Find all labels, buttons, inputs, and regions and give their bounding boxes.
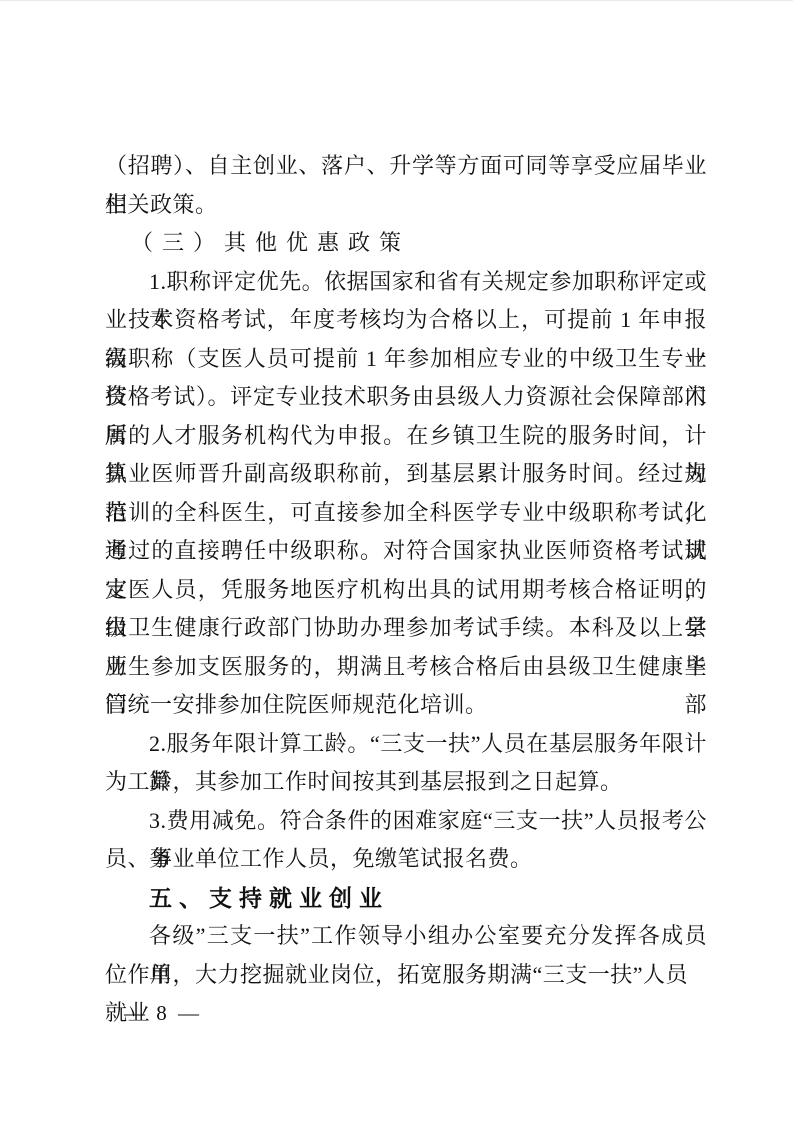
text-line: 各级”三支一扶”工作领导小组办公室要充分发挥各成员单 bbox=[105, 917, 707, 956]
text-line: 1.职称评定优先。依据国家和省有关规定参加职称评定或专 bbox=[105, 263, 707, 302]
document-body: （招聘）、自主创业、落户、升学等方面可同等享受应届毕业生 相关政策。 （三）其他… bbox=[105, 147, 707, 994]
text-line: 级卫生健康行政部门协助办理参加考试手续。本科及以上学历毕 bbox=[105, 609, 707, 648]
text-line: 支医人员，凭服务地医疗机构出具的试用期考核合格证明，由县 bbox=[105, 571, 707, 610]
text-line: 业生参加支医服务的，期满且考核合格后由县级卫生健康主管部 bbox=[105, 648, 707, 687]
text-line: 员、事业单位工作人员，免缴笔试报名费。 bbox=[105, 840, 707, 879]
subsection-heading: （三）其他优惠政策 bbox=[105, 224, 707, 263]
text-line: 相关政策。 bbox=[105, 186, 707, 225]
text-line: 属的人才服务机构代为申报。在乡镇卫生院的服务时间，计算为 bbox=[105, 417, 707, 456]
text-line: 级职称（支医人员可提前 1 年参加相应专业的中级卫生专业技术 bbox=[105, 340, 707, 379]
page-top-edge bbox=[0, 0, 793, 1]
text-line: 3.费用减免。符合条件的困难家庭“三支一扶”人员报考公务 bbox=[105, 802, 707, 841]
text-line: 执业医师晋升副高级职称前，到基层累计服务时间。经过规范化 bbox=[105, 455, 707, 494]
text-line: （招聘）、自主创业、落户、升学等方面可同等享受应届毕业生 bbox=[105, 147, 707, 186]
text-line: 2.服务年限计算工龄。“三支一扶”人员在基层服务年限计算 bbox=[105, 725, 707, 764]
text-line: 业技术资格考试，年度考核均为合格以上，可提前 1 年申报高一 bbox=[105, 301, 707, 340]
text-line: 位作用，大力挖掘就业岗位，拓宽服务期满“三支一扶”人员就业 bbox=[105, 956, 707, 995]
page-number: — 8 — bbox=[124, 998, 202, 1028]
text-line: 资格考试）。评定专业技术职务由县级人力资源社会保障部门所 bbox=[105, 378, 707, 417]
text-line: 为工龄，其参加工作时间按其到基层报到之日起算。 bbox=[105, 763, 707, 802]
section-heading: 五、支持就业创业 bbox=[105, 879, 707, 918]
text-line: 培训的全科医生，可直接参加全科医学专业中级职称考试，考试 bbox=[105, 494, 707, 533]
document-page: （招聘）、自主创业、落户、升学等方面可同等享受应届毕业生 相关政策。 （三）其他… bbox=[0, 0, 793, 1122]
text-line: 通过的直接聘任中级职称。对符合国家执业医师资格考试规定的 bbox=[105, 532, 707, 571]
